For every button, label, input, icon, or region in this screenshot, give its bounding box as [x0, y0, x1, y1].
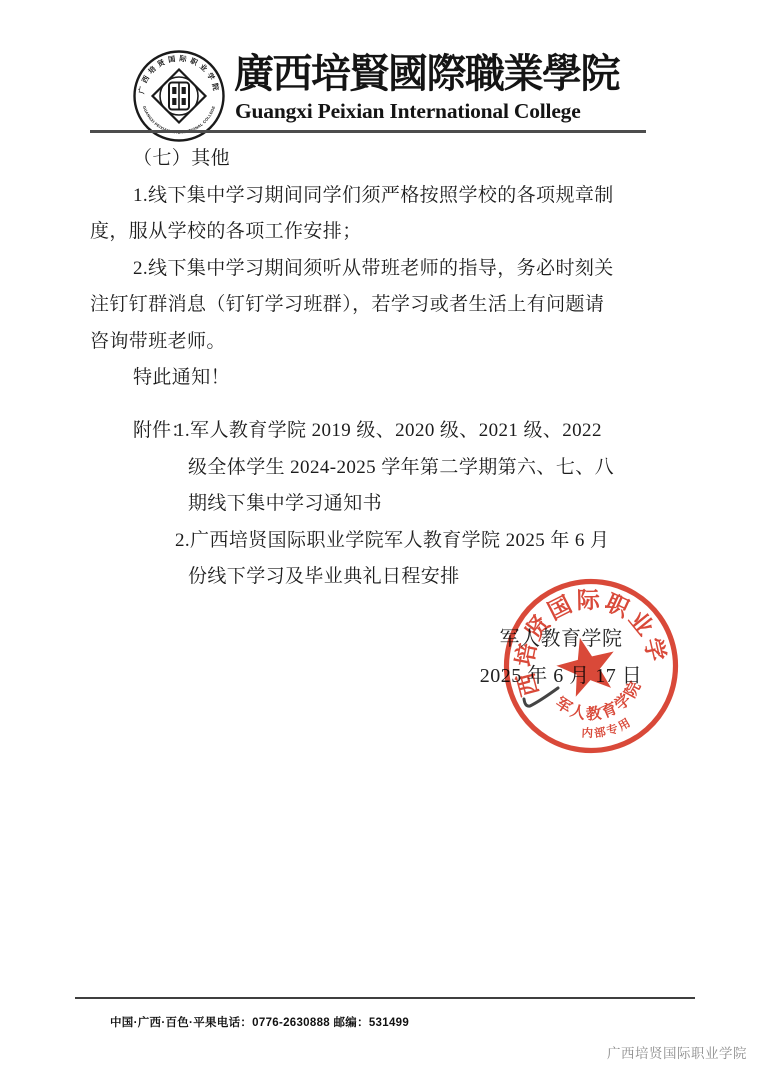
notice-body: （七）其他 1.线下集中学习期间同学们须严格按照学校的各项规章制 度，服从学校的… [90, 141, 670, 397]
body-line: 注钉钉群消息（钉钉学习班群），若学习或者生活上有问题请 [90, 287, 670, 324]
body-line: （七）其他 [90, 141, 670, 178]
footer-watermark: 广西培贤国际职业学院 [607, 1045, 747, 1063]
attachments-label: 附件： [133, 413, 175, 450]
attachment-line: 1.军人教育学院 2019 级、2020 级、2021 级、2022 [175, 413, 602, 450]
header-divider [90, 130, 646, 133]
body-line: 度，服从学校的各项工作安排； [90, 214, 670, 251]
college-name-english: Guangxi Peixian International College [235, 98, 635, 124]
attachment-line: 级全体学生 2024-2025 学年第二学期第六、七、八 [133, 450, 673, 487]
attachment-line: 期线下集中学习通知书 [133, 486, 673, 523]
body-line: 咨询带班老师。 [90, 324, 670, 361]
college-seal-logo: 广西培贤国际职业学院 GUANGXI PEIXIAN INTERNATIONAL… [132, 49, 226, 143]
body-line: 1.线下集中学习期间同学们须严格按照学校的各项规章制 [90, 178, 670, 215]
attachments-section: 附件： 1.军人教育学院 2019 级、2020 级、2021 级、2022 级… [133, 413, 673, 596]
body-line: 特此通知！ [90, 360, 670, 397]
footer-contact: 中国·广西·百色·平果电话：0776-2630888 邮编：531499 [110, 1015, 409, 1031]
document-page: 广西培贤国际职业学院 GUANGXI PEIXIAN INTERNATIONAL… [0, 0, 763, 1080]
attachment-line: 2.广西培贤国际职业学院军人教育学院 2025 年 6 月 [133, 523, 673, 560]
footer-divider [75, 997, 695, 999]
handwritten-check-mark [516, 681, 566, 713]
college-name-chinese: 廣西培賢國際職業學院 [234, 50, 634, 98]
body-line: 2.线下集中学习期间须听从带班老师的指导，务必时刻关 [90, 251, 670, 288]
